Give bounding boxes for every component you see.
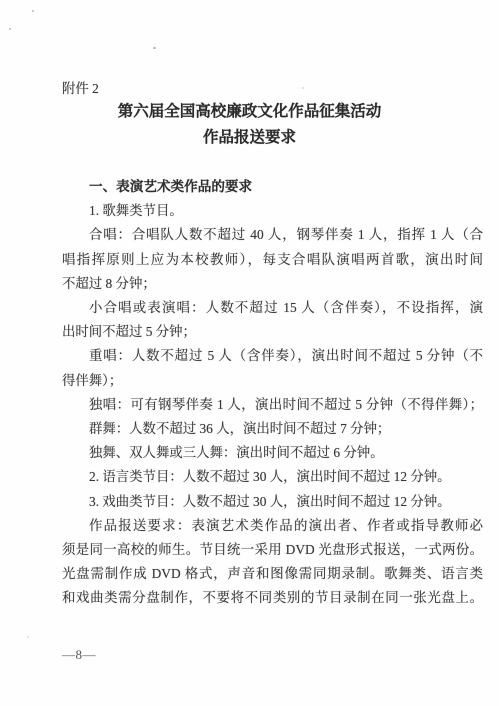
document-title-line1: 第六届全国高校廉政文化作品征集活动	[0, 99, 499, 125]
document-line: 须是同一高校的师生。节目统一采用 DVD 光盘形式报送，一式两份。	[62, 538, 483, 562]
document-body: 一、表演艺术类作品的要求 1. 歌舞类节目。 合唱：合唱队人数不超过 40 人，…	[62, 175, 483, 611]
document-line: 独舞、双人舞或三人舞：演出时间不超过 6 分钟。	[62, 441, 483, 465]
attachment-label: 附件 2	[62, 78, 99, 97]
section-heading: 一、表演艺术类作品的要求	[62, 175, 483, 199]
document-line: 群舞：人数不超过 36 人，演出时间不超过 7 分钟；	[62, 417, 483, 441]
scan-speck	[153, 47, 156, 49]
document-line: 作品报送要求：表演艺术类作品的演出者、作者或指导教师必	[62, 514, 483, 538]
document-line: 唱指挥原则上应为本校教师），每支合唱队演唱两首歌，演出时间	[62, 248, 483, 272]
document-line: 重唱：人数不超过 5 人（含伴奏），演出时间不超过 5 分钟（不	[62, 344, 483, 368]
document-line: 和戏曲类需分盘制作，不要将不同类别的节目录制在同一张光盘上。	[62, 586, 483, 610]
scan-speck	[302, 87, 304, 89]
document-line: 独唱：可有钢琴伴奏 1 人，演出时间不超过 5 分钟（不得伴舞）；	[62, 393, 483, 417]
document-line: 得伴舞）；	[62, 369, 483, 393]
document-line: 2. 语言类节目：人数不超过 30 人，演出时间不超过 12 分钟。	[62, 465, 483, 489]
document-line: 不超过 8 分钟；	[62, 272, 483, 296]
document-title: 第六届全国高校廉政文化作品征集活动 作品报送要求	[0, 99, 499, 151]
scan-speck	[9, 28, 11, 30]
document-line: 光盘需制作成 DVD 格式，声音和图像需同期录制。歌舞类、语言类	[62, 562, 483, 586]
document-line: 合唱：合唱队人数不超过 40 人，钢琴伴奏 1 人，指挥 1 人（合	[62, 223, 483, 247]
document-line: 3. 戏曲类节目：人数不超过 30 人，演出时间不超过 12 分钟。	[62, 490, 483, 514]
scanned-document-page: 附件 2 第六届全国高校廉政文化作品征集活动 作品报送要求 一、表演艺术类作品的…	[0, 0, 499, 706]
scan-speck	[27, 636, 29, 638]
document-line: 小合唱或表演唱：人数不超过 15 人（含伴奏），不设指挥，演	[62, 296, 483, 320]
document-line: 1. 歌舞类节目。	[62, 199, 483, 223]
page-number: —8—	[62, 647, 96, 663]
document-line: 出时间不超过 5 分钟；	[62, 320, 483, 344]
document-title-line2: 作品报送要求	[0, 125, 499, 151]
scan-speck	[32, 10, 34, 12]
